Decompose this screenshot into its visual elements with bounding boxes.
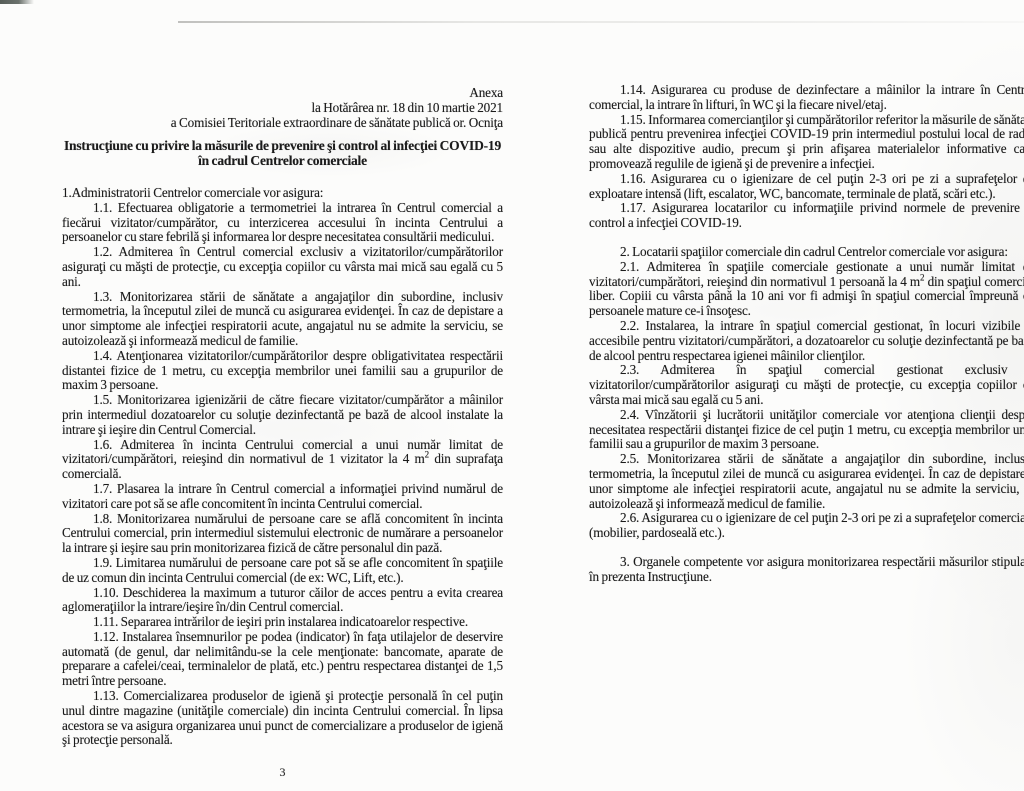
section-gap: [589, 231, 1024, 245]
annex-header-line: Anexa: [62, 86, 503, 101]
document-title-line: Instrucţiune cu privire la măsurile de p…: [62, 139, 503, 154]
paragraph-1-7: 1.7. Plasarea la intrare în Centrul come…: [62, 482, 503, 512]
paragraph-2-1: 2.1. Admiterea în spaţiile comerciale ge…: [589, 260, 1024, 319]
paragraph-1-14: 1.14. Asigurarea cu produse de dezinfect…: [589, 83, 1024, 113]
paragraph-1-16: 1.16. Asigurarea cu o igienizare de cel …: [589, 172, 1024, 202]
paragraph-2-3: 2.3. Admiterea în spaţiul comercial gest…: [589, 363, 1024, 407]
paragraph-2-5: 2.5. Monitorizarea stării de sănătate a …: [589, 452, 1024, 511]
paragraph-1-6: 1.6. Admiterea în incinta Centrului come…: [62, 438, 503, 482]
paragraph-2-2: 2.2. Instalarea, la intrare în spaţiul c…: [589, 319, 1024, 363]
paragraph-1-4: 1.4. Atenţionarea vizitatorilor/cumpărăt…: [62, 349, 503, 393]
paragraph-2-4: 2.4. Vînzătorii şi lucrătorii unităţilor…: [589, 408, 1024, 452]
scanned-document-page: { "colors": { "ink": "#1c1c1c", "paper":…: [0, 0, 1024, 791]
left-page-body: 1.Administratorii Centrelor comerciale v…: [62, 186, 503, 748]
paragraph-1-2: 1.2. Admiterea în Centrul comercial excl…: [62, 245, 503, 289]
scan-corner-mark: [0, 0, 34, 4]
paragraph-1-12: 1.12. Instalarea însemnurilor pe podea (…: [62, 630, 503, 689]
annex-header-line: a Comisiei Teritoriale extraordinare de …: [62, 116, 503, 131]
right-page: 1.14. Asigurarea cu produse de dezinfect…: [589, 83, 1024, 585]
paragraph-1-3: 1.3. Monitorizarea stării de sănătate a …: [62, 290, 503, 349]
paragraph-1-17: 1.17. Asigurarea locatarilor cu informaţ…: [589, 201, 1024, 231]
paragraph-1-1: 1.1. Efectuarea obligatorie a termometri…: [62, 201, 503, 245]
section-2-heading: 2. Locatarii spaţiilor comerciale din ca…: [589, 245, 1024, 260]
annex-header-line: la Hotărârea nr. 18 din 10 martie 2021: [62, 101, 503, 116]
paragraph-1-10: 1.10. Deschiderea la maximum a tuturor c…: [62, 586, 503, 616]
scan-edge-line: [178, 21, 1024, 23]
section-gap: [589, 541, 1024, 555]
paragraph-1-13: 1.13. Comercializarea produselor de igie…: [62, 689, 503, 748]
document-title: Instrucţiune cu privire la măsurile de p…: [62, 139, 503, 169]
section-3-paragraph: 3. Organele competente vor asigura monit…: [589, 555, 1024, 585]
paragraph-1-8: 1.8. Monitorizarea numărului de persoane…: [62, 512, 503, 556]
page-number: 3: [62, 765, 503, 780]
document-title-line: în cadrul Centrelor comerciale: [62, 154, 503, 169]
paragraph-1-11: 1.11. Separarea intrărilor de ieşiri pri…: [62, 615, 503, 630]
paragraph-2-6: 2.6. Asigurarea cu o igienizare de cel p…: [589, 511, 1024, 541]
left-page: Anexa la Hotărârea nr. 18 din 10 martie …: [62, 86, 503, 748]
paragraph-1-5: 1.5. Monitorizarea igienizării de către …: [62, 393, 503, 437]
paragraph-1-15: 1.15. Informarea comercianţilor şi cumpă…: [589, 113, 1024, 172]
paragraph-1-9: 1.9. Limitarea numărului de persoane car…: [62, 556, 503, 586]
annex-header: Anexa la Hotărârea nr. 18 din 10 martie …: [62, 86, 503, 130]
section-1-heading: 1.Administratorii Centrelor comerciale v…: [62, 186, 503, 201]
